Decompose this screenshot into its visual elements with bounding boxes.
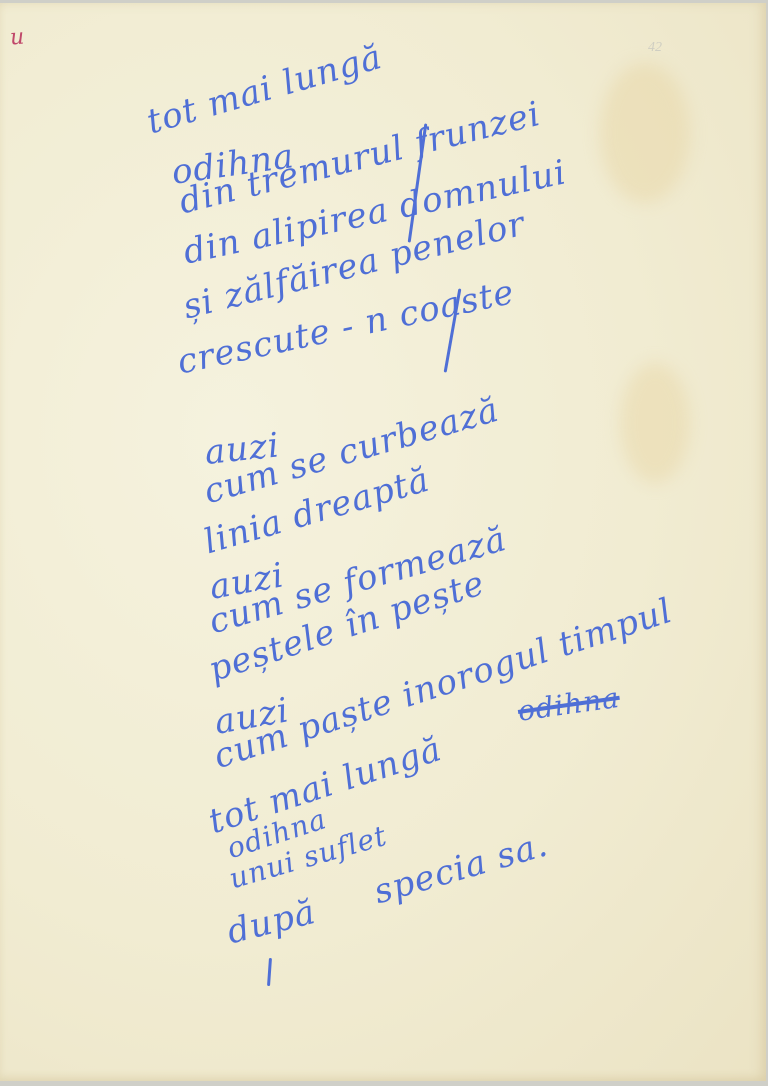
pen-stroke <box>267 958 272 986</box>
line-1: tot mai lungă <box>142 37 386 142</box>
paper-stain <box>600 63 690 203</box>
line-20: specia sa. <box>369 824 552 912</box>
corner-mark: u <box>9 25 25 51</box>
manuscript-page: u 42 tot mai lungă odihna din tremurul f… <box>0 3 766 1081</box>
page-number: 42 <box>648 40 662 56</box>
struck-word: odihna <box>516 681 622 728</box>
line-19: după <box>223 892 320 953</box>
paper-stain <box>620 363 690 483</box>
